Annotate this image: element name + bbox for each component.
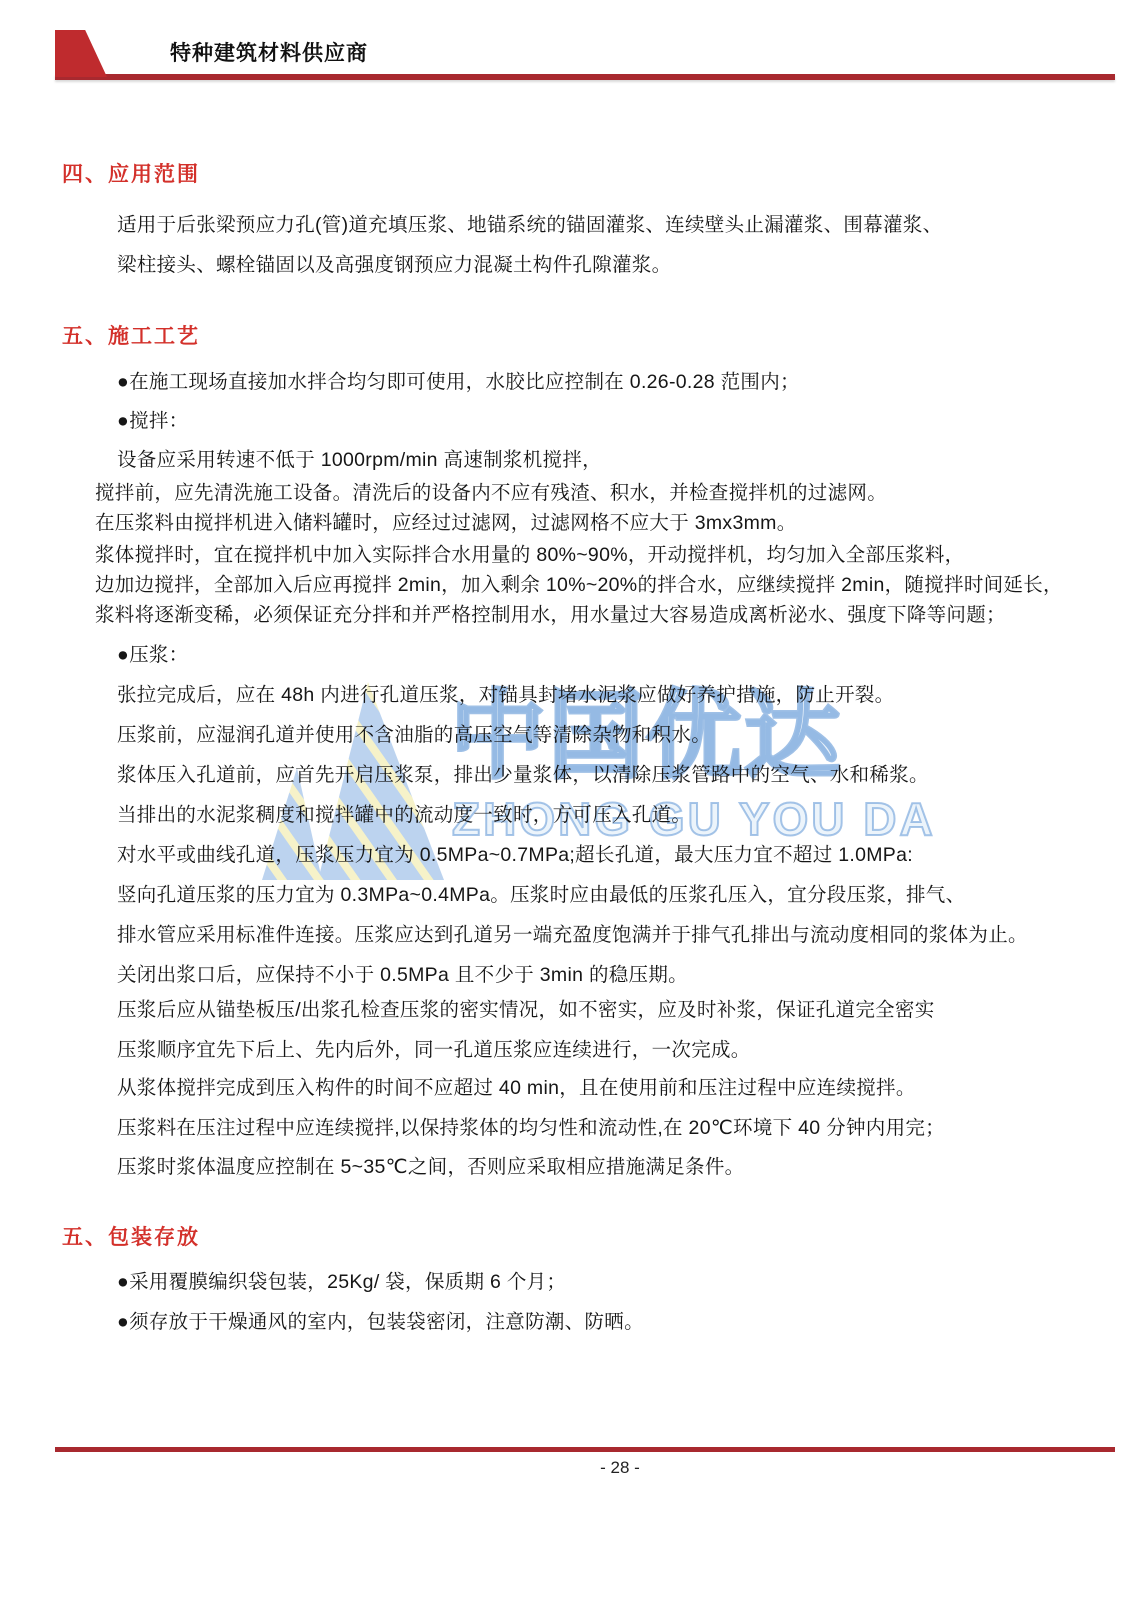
body-line: 浆料将逐渐变稀，必须保证充分拌和并严格控制用水，用水量过大容易造成离析泌水、强度… [95,595,1006,635]
body-line: 适用于后张梁预应力孔(管)道充填压浆、地锚系统的锚固灌浆、连续壁头止漏灌浆、围幕… [117,205,942,245]
document-body: 四、应用范围 适用于后张梁预应力孔(管)道充填压浆、地锚系统的锚固灌浆、连续壁头… [0,0,1131,1600]
body-line: 对水平或曲线孔道，压浆压力宜为 0.5MPa~0.7MPa;超长孔道，最大压力宜… [117,835,913,875]
body-line: ●压浆： [117,635,188,675]
body-line: 压浆后应从锚垫板压/出浆孔检查压浆的密实情况，如不密实，应及时补浆，保证孔道完全… [117,990,935,1030]
body-line: 压浆前，应湿润孔道并使用不含油脂的高压空气等清除杂物和积水。 [117,715,711,755]
body-line: 排水管应采用标准件连接。压浆应达到孔道另一端充盈度饱满并于排气孔排出与流动度相同… [117,915,1028,955]
body-line: 当排出的水泥浆稠度和搅拌罐中的流动度一致时，方可压入孔道。 [117,795,691,835]
footer-rule [55,1447,1115,1452]
body-line: ●须存放于干燥通风的室内，包装袋密闭，注意防潮、防晒。 [117,1302,644,1342]
body-line: 压浆时浆体温度应控制在 5~35℃之间，否则应采取相应措施满足条件。 [117,1147,744,1187]
body-line: 压浆顺序宜先下后上、先内后外，同一孔道压浆应连续进行，一次完成。 [117,1030,751,1070]
page-number: - 28 - [588,1456,652,1480]
body-line: 压浆料在压注过程中应连续搅拌,以保持浆体的均匀性和流动性,在 20℃环境下 40… [117,1108,945,1148]
body-line: ●在施工现场直接加水拌合均匀即可使用，水胶比应控制在 0.26-0.28 范围内… [117,362,800,402]
section-heading-construction-process: 五、施工工艺 [62,322,200,352]
body-line: 从浆体搅拌完成到压入构件的时间不应超过 40 min，且在使用前和压注过程中应连… [117,1068,916,1108]
body-line: 关闭出浆口后，应保持不小于 0.5MPa 且不少于 3min 的稳压期。 [117,955,688,995]
body-line: 梁柱接头、螺栓锚固以及高强度钢预应力混凝土构件孔隙灌浆。 [117,245,671,285]
body-line: 张拉完成后，应在 48h 内进行孔道压浆，对锚具封堵水泥浆应做好养护措施，防止开… [117,675,894,715]
document-page: 特种建筑材料供应商 中国优达 ZHONG GU YOU DA 四、应用范围 适用… [0,0,1131,1600]
body-line: 竖向孔道压浆的压力宜为 0.3MPa~0.4MPa。压浆时应由最低的压浆孔压入，… [117,875,965,915]
section-heading-packaging-storage: 五、包装存放 [62,1223,200,1253]
header-title: 特种建筑材料供应商 [170,40,368,68]
section-heading-application-scope: 四、应用范围 [62,160,200,190]
body-line: 浆体压入孔道前，应首先开启压浆泵，排出少量浆体，以清除压浆管路中的空气、水和稀浆… [117,755,929,795]
body-line: ●搅拌： [117,401,188,441]
body-line: ●采用覆膜编织袋包装，25Kg/ 袋，保质期 6 个月； [117,1262,566,1302]
